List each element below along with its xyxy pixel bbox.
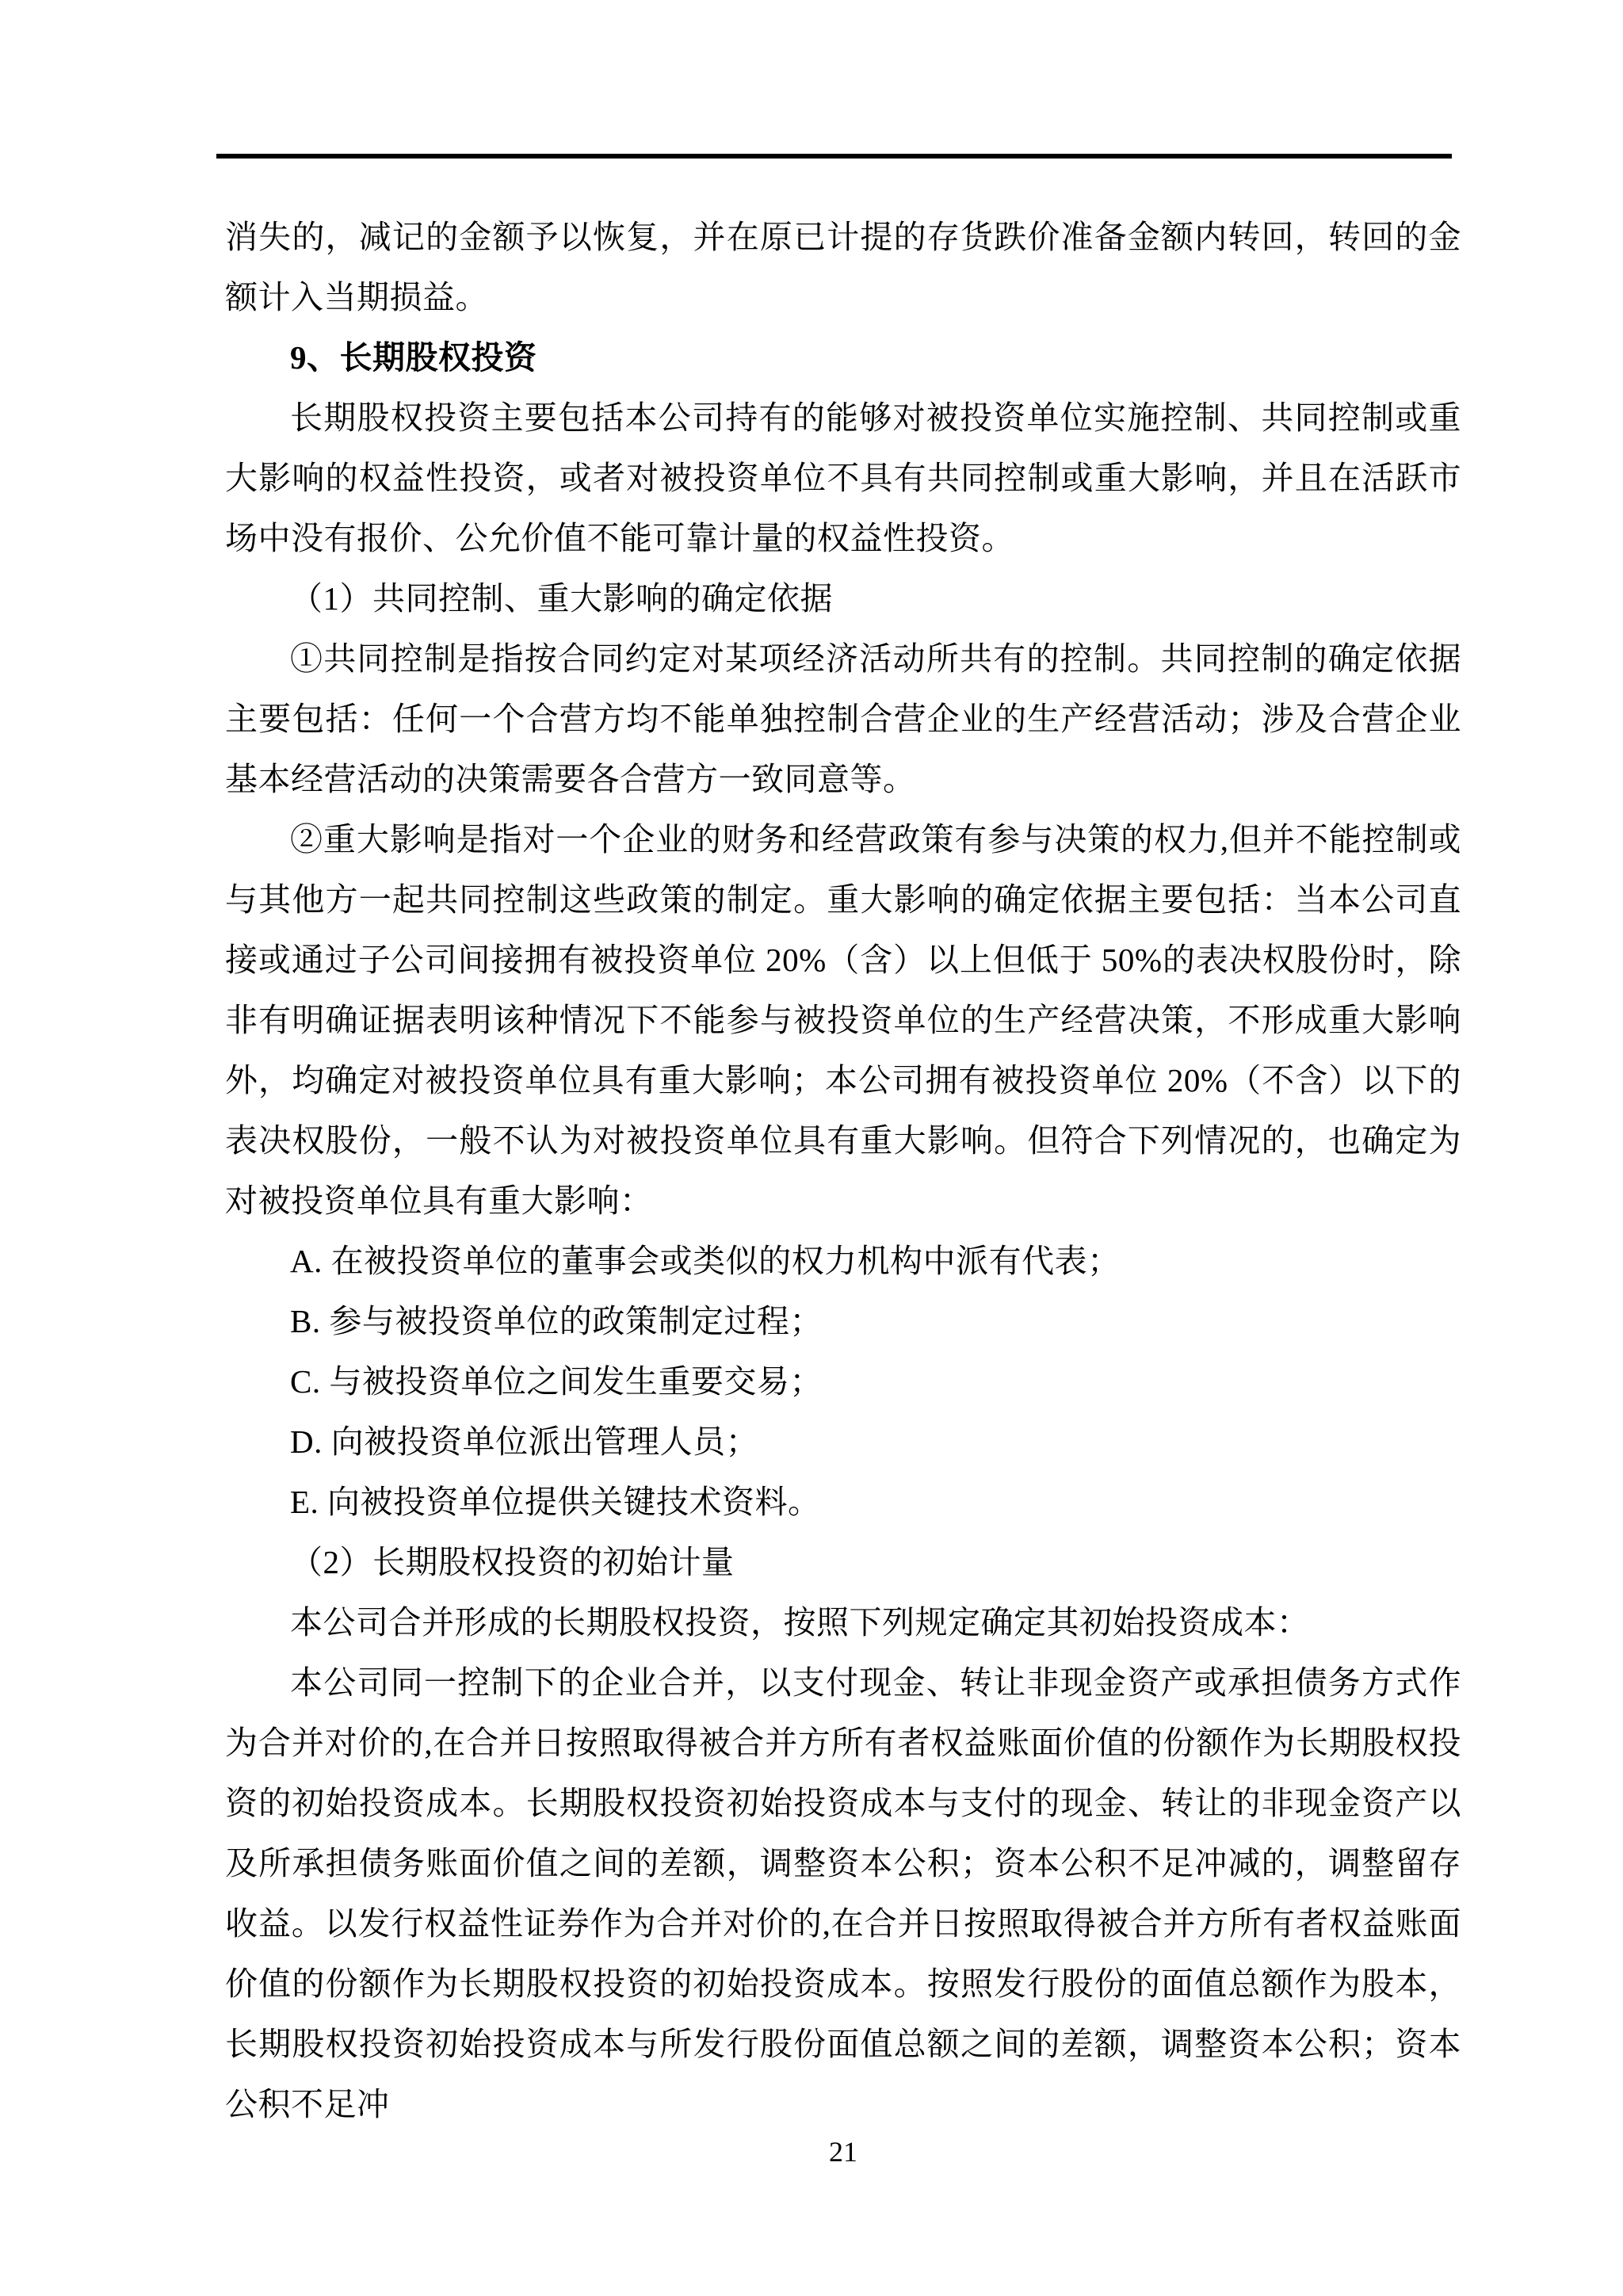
document-body: 消失的，减记的金额予以恢复，并在原已计提的存货跌价准备金额内转回，转回的金额计入… — [225, 207, 1461, 2134]
list-item-e: E. 向被投资单位提供关键技术资料。 — [225, 1472, 1461, 1532]
subsection-heading-2: （2）长期股权投资的初始计量 — [225, 1532, 1461, 1592]
paragraph-initial-measurement: 本公司合并形成的长期股权投资，按照下列规定确定其初始投资成本： — [225, 1592, 1461, 1652]
list-item-c: C. 与被投资单位之间发生重要交易； — [225, 1351, 1461, 1412]
paragraph-overview: 长期股权投资主要包括本公司持有的能够对被投资单位实施控制、共同控制或重大影响的权… — [225, 388, 1461, 568]
paragraph-significant-influence: ②重大影响是指对一个企业的财务和经营政策有参与决策的权力,但并不能控制或与其他方… — [225, 809, 1461, 1231]
page-number: 21 — [225, 2130, 1461, 2173]
subsection-heading-1: （1）共同控制、重大影响的确定依据 — [225, 568, 1461, 628]
list-item-d: D. 向被投资单位派出管理人员； — [225, 1412, 1461, 1472]
list-item-a: A. 在被投资单位的董事会或类似的权力机构中派有代表； — [225, 1231, 1461, 1291]
paragraph-merger-common-control: 本公司同一控制下的企业合并，以支付现金、转让非现金资产或承担债务方式作为合并对价… — [225, 1652, 1461, 2134]
paragraph-continuation: 消失的，减记的金额予以恢复，并在原已计提的存货跌价准备金额内转回，转回的金额计入… — [225, 207, 1461, 327]
list-item-b: B. 参与被投资单位的政策制定过程； — [225, 1291, 1461, 1351]
header-rule — [216, 154, 1452, 159]
paragraph-joint-control: ①共同控制是指按合同约定对某项经济活动所共有的控制。共同控制的确定依据主要包括：… — [225, 628, 1461, 809]
section-heading-9: 9、长期股权投资 — [225, 327, 1461, 388]
